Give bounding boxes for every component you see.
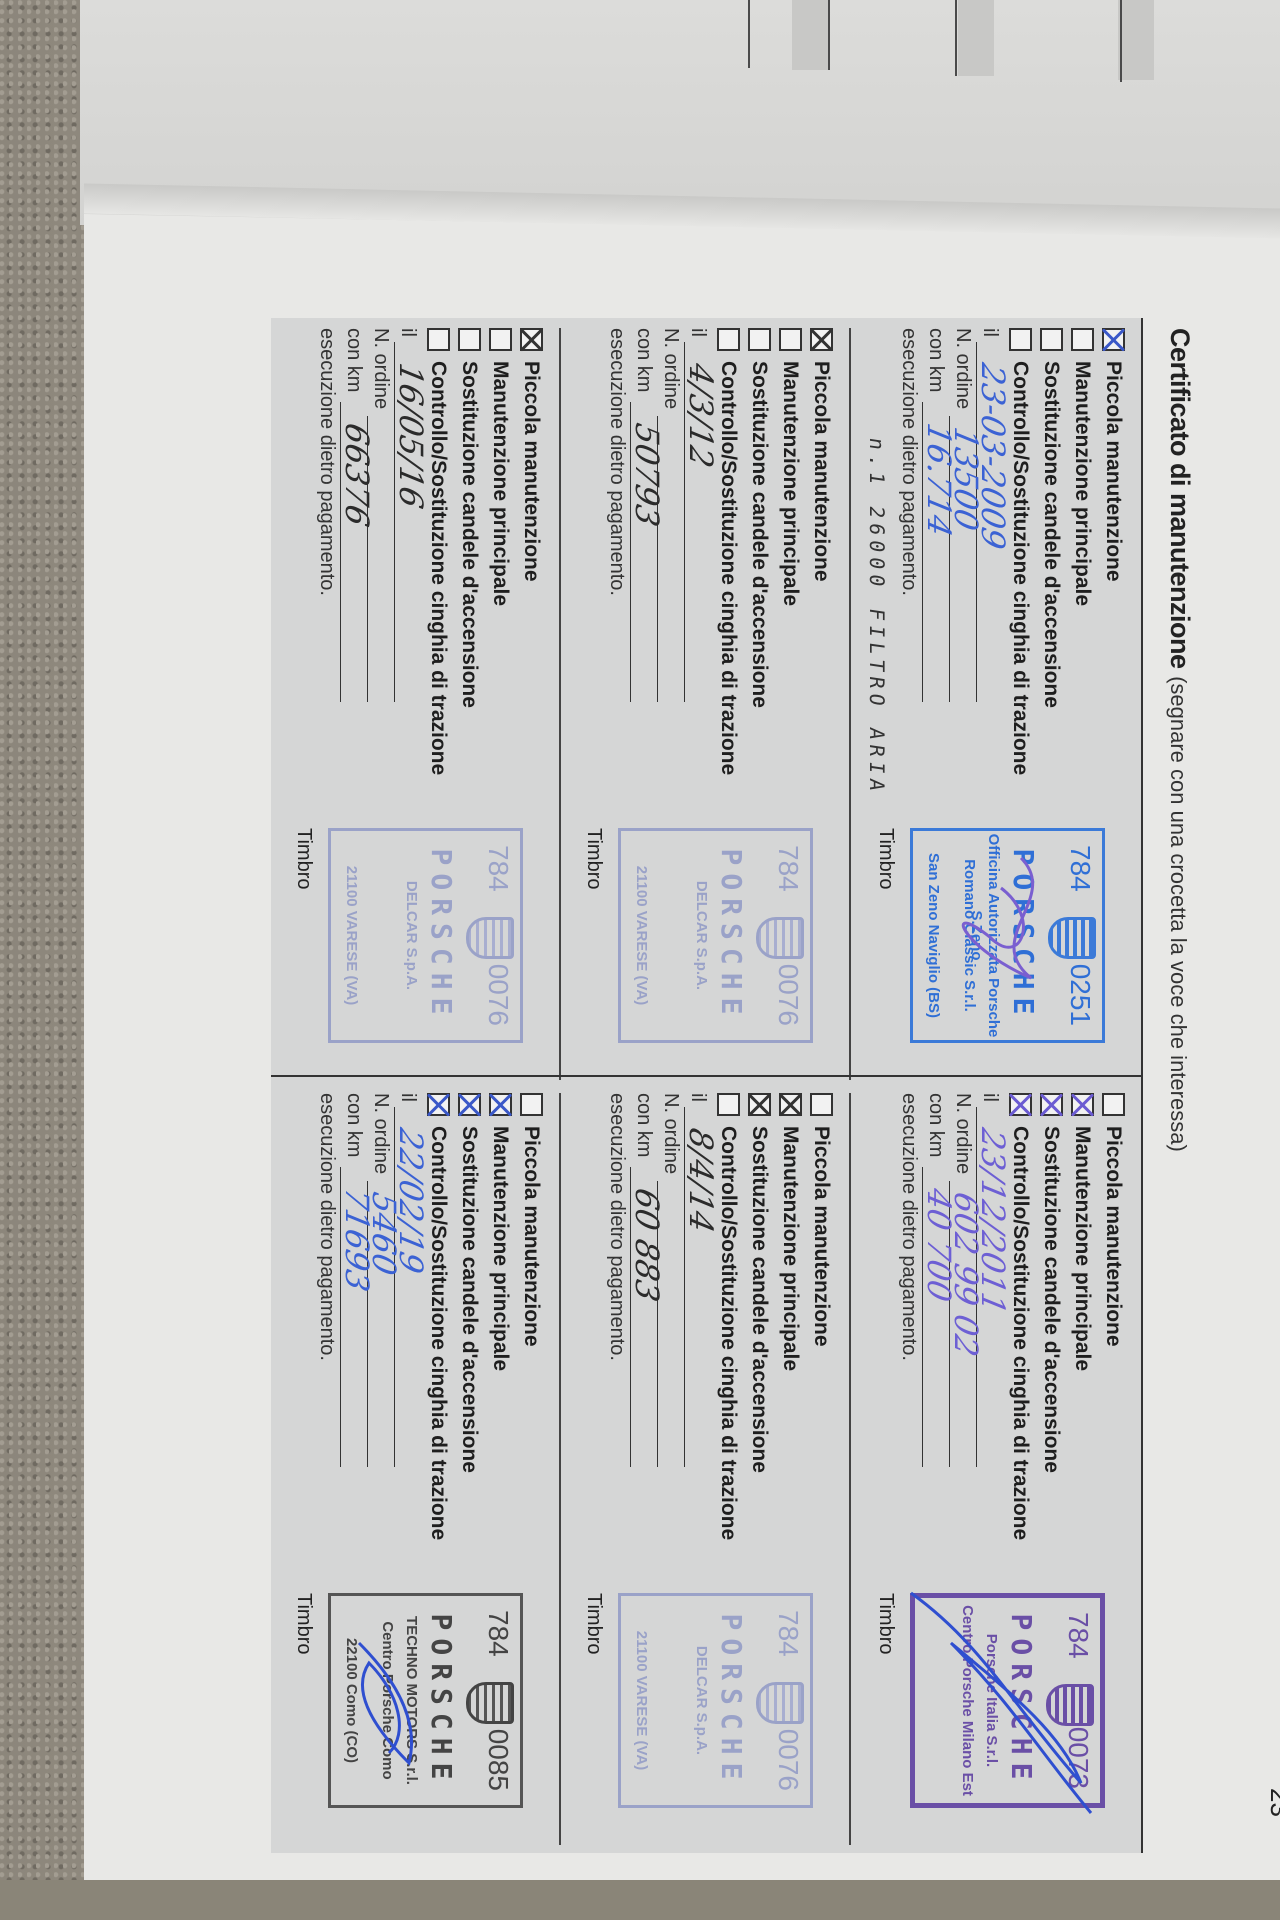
order-label: N. ordine bbox=[659, 328, 682, 409]
stamp-line-3: San Zeno Naviglio (BS) bbox=[925, 831, 942, 1040]
km-label: con km bbox=[924, 328, 947, 392]
checklist-item-label: Manutenzione principale bbox=[779, 361, 803, 606]
porsche-crest-icon bbox=[1048, 917, 1096, 959]
checklist: Piccola manutenzioneManutenzione princip… bbox=[713, 328, 837, 775]
stamp-code-left: 784 bbox=[482, 1610, 514, 1657]
checklist: Piccola manutenzioneManutenzione princip… bbox=[713, 1093, 837, 1540]
checklist-item-label: Controllo/Sostituzione cinghia di trazio… bbox=[427, 361, 451, 775]
checklist-item-label: Sostituzione candele d'accensione bbox=[1040, 361, 1064, 708]
checkbox-checked-icon[interactable] bbox=[489, 1093, 512, 1116]
title-text: Certificato di manutenzione bbox=[1165, 328, 1195, 669]
checklist-item-label: Manutenzione principale bbox=[1071, 361, 1095, 606]
date-value: 4/3/12 bbox=[682, 360, 720, 471]
maintenance-entry-left-1: Piccola manutenzioneManutenzione princip… bbox=[851, 328, 1141, 1080]
date-value: 8/4/14 bbox=[682, 1125, 720, 1236]
checklist-item[interactable]: Manutenzione principale bbox=[1067, 328, 1098, 775]
entry-fields: il 23-03-2009 N. ordine 13500 con km 16.… bbox=[897, 328, 1001, 596]
checklist-item[interactable]: Manutenzione principale bbox=[485, 328, 516, 775]
checkbox-icon[interactable] bbox=[748, 328, 771, 351]
km-value: 60 883 bbox=[628, 1185, 666, 1305]
stamp-code-right: 0076 bbox=[482, 964, 514, 1026]
km-label: con km bbox=[342, 328, 365, 392]
checkbox-icon[interactable] bbox=[427, 328, 450, 351]
order-label: N. ordine bbox=[951, 328, 974, 409]
checkbox-icon[interactable] bbox=[1009, 328, 1032, 351]
stamp-brand: PORSCHE bbox=[1005, 1598, 1038, 1803]
km-field[interactable]: con km 50793 bbox=[628, 328, 655, 596]
entry-fields: il 22/02/19 N. ordine 5460 con km 71693 … bbox=[315, 1093, 419, 1361]
km-field[interactable]: con km 66376 bbox=[338, 328, 365, 596]
date-label: il bbox=[686, 1093, 709, 1102]
checklist-item-label: Controllo/Sostituzione cinghia di trazio… bbox=[1009, 1126, 1033, 1540]
stamp-label: Timbro bbox=[874, 828, 897, 889]
right-column: Piccola manutenzioneManutenzione princip… bbox=[271, 1093, 1141, 1845]
stamp-brand: PORSCHE bbox=[715, 1596, 748, 1805]
checklist-item-label: Piccola manutenzione bbox=[520, 1126, 544, 1347]
checklist-item-label: Controllo/Sostituzione cinghia di trazio… bbox=[427, 1126, 451, 1540]
checkbox-checked-icon[interactable] bbox=[1040, 1093, 1063, 1116]
stamp-label: Timbro bbox=[874, 1593, 897, 1654]
maintenance-entry-left-2: n.1 26000 FILTRO ARIA Piccola manutenzio… bbox=[559, 328, 851, 1080]
stamp-brand: PORSCHE bbox=[425, 1596, 458, 1805]
dealer-stamp: 7840073 PORSCHE Porsche Italia S.r.l. Ce… bbox=[910, 1593, 1105, 1808]
stamp-line-1: DELCAR S.p.A. bbox=[403, 831, 420, 1040]
km-label: con km bbox=[632, 328, 655, 392]
entry-fields: il 23/12/2011 N. ordine 602 99 02 con km… bbox=[897, 1093, 1001, 1361]
checkbox-icon[interactable] bbox=[458, 328, 481, 351]
maintenance-form: Piccola manutenzioneManutenzione princip… bbox=[271, 318, 1143, 1853]
handwritten-note: n.1 26000 FILTRO ARIA bbox=[865, 436, 889, 797]
checklist-item-label: Piccola manutenzione bbox=[1102, 361, 1126, 582]
date-field[interactable]: il 8/4/14 bbox=[682, 1093, 709, 1361]
checklist-item[interactable]: Manutenzione principale bbox=[1067, 1093, 1098, 1540]
checkbox-icon[interactable] bbox=[1102, 1093, 1125, 1116]
checklist-item[interactable]: Sostituzione candele d'accensione bbox=[1036, 328, 1067, 775]
stamp-code-left: 784 bbox=[772, 845, 804, 892]
checklist-item-label: Controllo/Sostituzione cinghia di trazio… bbox=[717, 1126, 741, 1540]
checkbox-checked-icon[interactable] bbox=[810, 328, 833, 351]
checklist-item-label: Manutenzione principale bbox=[779, 1126, 803, 1371]
entry-fields: il 16/05/16 N. ordine con km 66376 esecu… bbox=[315, 328, 419, 596]
checkbox-icon[interactable] bbox=[810, 1093, 833, 1116]
stamp-line-1: DELCAR S.p.A. bbox=[693, 831, 710, 1040]
checkbox-checked-icon[interactable] bbox=[1009, 1093, 1032, 1116]
checklist-item[interactable]: Piccola manutenzione bbox=[806, 1093, 837, 1540]
checklist-item-label: Manutenzione principale bbox=[489, 1126, 513, 1371]
granite-surface-bottom bbox=[0, 1880, 1280, 1920]
checkbox-icon[interactable] bbox=[779, 328, 802, 351]
stamp-code-left: 784 bbox=[1064, 845, 1096, 892]
porsche-crest-icon bbox=[466, 1682, 514, 1724]
checklist-item[interactable]: Manutenzione principale bbox=[775, 328, 806, 775]
checkbox-checked-icon[interactable] bbox=[1102, 328, 1125, 351]
stamp-brand: PORSCHE bbox=[715, 831, 748, 1040]
checklist-item[interactable]: Manutenzione principale bbox=[485, 1093, 516, 1540]
dealer-stamp: 7840076 PORSCHE DELCAR S.p.A. 21100 VARE… bbox=[328, 828, 523, 1043]
checklist-item[interactable]: Sostituzione candele d'accensione bbox=[454, 328, 485, 775]
stamp-code-left: 784 bbox=[772, 1610, 804, 1657]
porsche-crest-icon bbox=[1046, 1684, 1094, 1726]
stamp-line-2: Centro Porsche Milano Est bbox=[959, 1598, 976, 1803]
km-label: con km bbox=[924, 1093, 947, 1157]
payment-note: esecuzione dietro pagamento. bbox=[897, 328, 920, 596]
checklist-item-label: Piccola manutenzione bbox=[810, 1126, 834, 1347]
payment-note: esecuzione dietro pagamento. bbox=[897, 1093, 920, 1361]
checkbox-icon[interactable] bbox=[1040, 328, 1063, 351]
porsche-crest-icon bbox=[756, 917, 804, 959]
maintenance-entry-right-3: Piccola manutenzioneManutenzione princip… bbox=[269, 1093, 561, 1845]
date-label: il bbox=[978, 1093, 1001, 1102]
payment-note: esecuzione dietro pagamento. bbox=[315, 1093, 338, 1361]
km-value: 66376 bbox=[338, 420, 376, 530]
stamp-code-right: 0085 bbox=[482, 1729, 514, 1791]
checklist-item[interactable]: Sostituzione candele d'accensione bbox=[744, 1093, 775, 1540]
checklist-item[interactable]: Manutenzione principale bbox=[775, 1093, 806, 1540]
stamp-brand: PORSCHE bbox=[1007, 831, 1040, 1040]
checklist: Piccola manutenzioneManutenzione princip… bbox=[423, 1093, 547, 1540]
maintenance-entry-left-3: Piccola manutenzioneManutenzione princip… bbox=[269, 328, 561, 1080]
dealer-stamp: 7840251 PORSCHE Officina Autorizzata Por… bbox=[910, 828, 1105, 1043]
dealer-stamp: 7840076 PORSCHE DELCAR S.p.A. 21100 VARE… bbox=[618, 828, 813, 1043]
stamp-line-3: 21100 VARESE (VA) bbox=[633, 831, 650, 1040]
checklist-item[interactable]: Piccola manutenzione bbox=[1098, 328, 1129, 775]
left-column: Piccola manutenzioneManutenzione princip… bbox=[271, 328, 1141, 1080]
km-field[interactable]: con km 71693 bbox=[338, 1093, 365, 1361]
title-instruction: (segnare con una crocetta la voce che in… bbox=[1166, 676, 1191, 1152]
checklist-item[interactable]: Sostituzione candele d'accensione bbox=[744, 328, 775, 775]
stamp-line-1: TECHNO MOTORS S.r.l. bbox=[403, 1596, 420, 1805]
checklist: Piccola manutenzioneManutenzione princip… bbox=[1005, 1093, 1129, 1540]
km-label: con km bbox=[342, 1093, 365, 1157]
checklist-item[interactable]: Piccola manutenzione bbox=[516, 328, 547, 775]
stamp-code-right: 0251 bbox=[1064, 964, 1096, 1026]
checkbox-checked-icon[interactable] bbox=[1071, 1093, 1094, 1116]
checklist-item-label: Sostituzione candele d'accensione bbox=[458, 361, 482, 708]
km-field[interactable]: con km 40 700 bbox=[920, 1093, 947, 1361]
order-label: N. ordine bbox=[659, 1093, 682, 1174]
stamp-code-right: 0073 bbox=[1062, 1727, 1094, 1789]
stamp-label: Timbro bbox=[292, 1593, 315, 1654]
page-number: 23 bbox=[1264, 1788, 1280, 1817]
checklist-item[interactable]: Piccola manutenzione bbox=[806, 328, 837, 775]
checklist-item-label: Manutenzione principale bbox=[489, 361, 513, 606]
checklist-item-label: Controllo/Sostituzione cinghia di trazio… bbox=[717, 361, 741, 775]
stamp-brand: PORSCHE bbox=[425, 831, 458, 1040]
checkbox-checked-icon[interactable] bbox=[520, 328, 543, 351]
stamp-label: Timbro bbox=[292, 828, 315, 889]
km-value: 16.714 bbox=[920, 420, 958, 540]
stamp-code-left: 784 bbox=[1062, 1612, 1094, 1659]
checklist-item[interactable]: Sostituzione candele d'accensione bbox=[454, 1093, 485, 1540]
stamp-line-1: DELCAR S.p.A. bbox=[693, 1596, 710, 1805]
maintenance-entry-right-1: Piccola manutenzioneManutenzione princip… bbox=[851, 1093, 1141, 1845]
entry-fields: il 4/3/12 N. ordine con km 50793 esecuzi… bbox=[605, 328, 709, 596]
dealer-stamp: 7840085 PORSCHE TECHNO MOTORS S.r.l. Cen… bbox=[328, 1593, 523, 1808]
maintenance-certificate: Certificato di manutenzione (segnare con… bbox=[268, 318, 1203, 1853]
stamp-line-3: 21100 VARESE (VA) bbox=[633, 1596, 650, 1805]
dealer-stamp: 7840076 PORSCHE DELCAR S.p.A. 21100 VARE… bbox=[618, 1593, 813, 1808]
km-value: 40 700 bbox=[920, 1185, 958, 1305]
order-label: N. ordine bbox=[369, 328, 392, 409]
date-label: il bbox=[978, 328, 1001, 337]
km-field[interactable]: con km 60 883 bbox=[628, 1093, 655, 1361]
km-field[interactable]: con km 16.714 bbox=[920, 328, 947, 596]
stamp-label: Timbro bbox=[582, 1593, 605, 1654]
checkbox-checked-icon[interactable] bbox=[748, 1093, 771, 1116]
checklist: Piccola manutenzioneManutenzione princip… bbox=[1005, 328, 1129, 775]
porsche-crest-icon bbox=[756, 1682, 804, 1724]
payment-note: esecuzione dietro pagamento. bbox=[605, 1093, 628, 1361]
checklist-item-label: Piccola manutenzione bbox=[520, 361, 544, 582]
checkbox-checked-icon[interactable] bbox=[458, 1093, 481, 1116]
stamp-code-left: 784 bbox=[482, 845, 514, 892]
stamp-code-right: 0076 bbox=[772, 1729, 804, 1791]
date-field[interactable]: il 16/05/16 bbox=[392, 328, 419, 596]
stamp-line-1: Porsche Italia S.r.l. bbox=[983, 1598, 1000, 1803]
checklist-item-label: Sostituzione candele d'accensione bbox=[1040, 1126, 1064, 1473]
payment-note: esecuzione dietro pagamento. bbox=[605, 328, 628, 596]
date-field[interactable]: il 4/3/12 bbox=[682, 328, 709, 596]
checklist-item-label: Manutenzione principale bbox=[1071, 1126, 1095, 1371]
stamp-line-3: 21100 VARESE (VA) bbox=[343, 831, 360, 1040]
payment-note: esecuzione dietro pagamento. bbox=[315, 328, 338, 596]
checkbox-checked-icon[interactable] bbox=[779, 1093, 802, 1116]
checklist-item-label: Sostituzione candele d'accensione bbox=[748, 361, 772, 708]
stamp-line-2: Centro Porsche Como bbox=[379, 1596, 396, 1805]
checklist-item[interactable]: Sostituzione candele d'accensione bbox=[1036, 1093, 1067, 1540]
date-label: il bbox=[396, 328, 419, 337]
order-label: N. ordine bbox=[369, 1093, 392, 1174]
date-value: 16/05/16 bbox=[392, 360, 430, 512]
checklist-item[interactable]: Piccola manutenzione bbox=[1098, 1093, 1129, 1540]
maintenance-entry-right-2: Piccola manutenzioneManutenzione princip… bbox=[559, 1093, 851, 1845]
checklist-item-label: Piccola manutenzione bbox=[1102, 1126, 1126, 1347]
porsche-crest-icon bbox=[466, 917, 514, 959]
date-label: il bbox=[686, 328, 709, 337]
km-value: 50793 bbox=[628, 420, 666, 530]
checklist-item-label: Sostituzione candele d'accensione bbox=[458, 1126, 482, 1473]
checkbox-checked-icon[interactable] bbox=[427, 1093, 450, 1116]
checkbox-icon[interactable] bbox=[1071, 328, 1094, 351]
km-value: 71693 bbox=[338, 1185, 376, 1295]
checklist-item-label: Controllo/Sostituzione cinghia di trazio… bbox=[1009, 361, 1033, 775]
stamp-label: Timbro bbox=[582, 828, 605, 889]
checklist-item-label: Piccola manutenzione bbox=[810, 361, 834, 582]
stamp-line-2: Romano Classic S.r.l. bbox=[961, 831, 978, 1040]
checkbox-icon[interactable] bbox=[489, 328, 512, 351]
entry-fields: il 8/4/14 N. ordine con km 60 883 esecuz… bbox=[605, 1093, 709, 1361]
date-label: il bbox=[396, 1093, 419, 1102]
checkbox-icon[interactable] bbox=[717, 1093, 740, 1116]
order-label: N. ordine bbox=[951, 1093, 974, 1174]
stamp-code-right: 0076 bbox=[772, 964, 804, 1026]
checklist-item[interactable]: Piccola manutenzione bbox=[516, 1093, 547, 1540]
page-title: Certificato di manutenzione (segnare con… bbox=[1164, 328, 1195, 1152]
km-label: con km bbox=[632, 1093, 655, 1157]
checklist-item-label: Sostituzione candele d'accensione bbox=[748, 1126, 772, 1473]
checklist: Piccola manutenzioneManutenzione princip… bbox=[423, 328, 547, 775]
stamp-line-3: 22100 Como (CO) bbox=[343, 1596, 360, 1805]
checkbox-icon[interactable] bbox=[520, 1093, 543, 1116]
checkbox-icon[interactable] bbox=[717, 328, 740, 351]
